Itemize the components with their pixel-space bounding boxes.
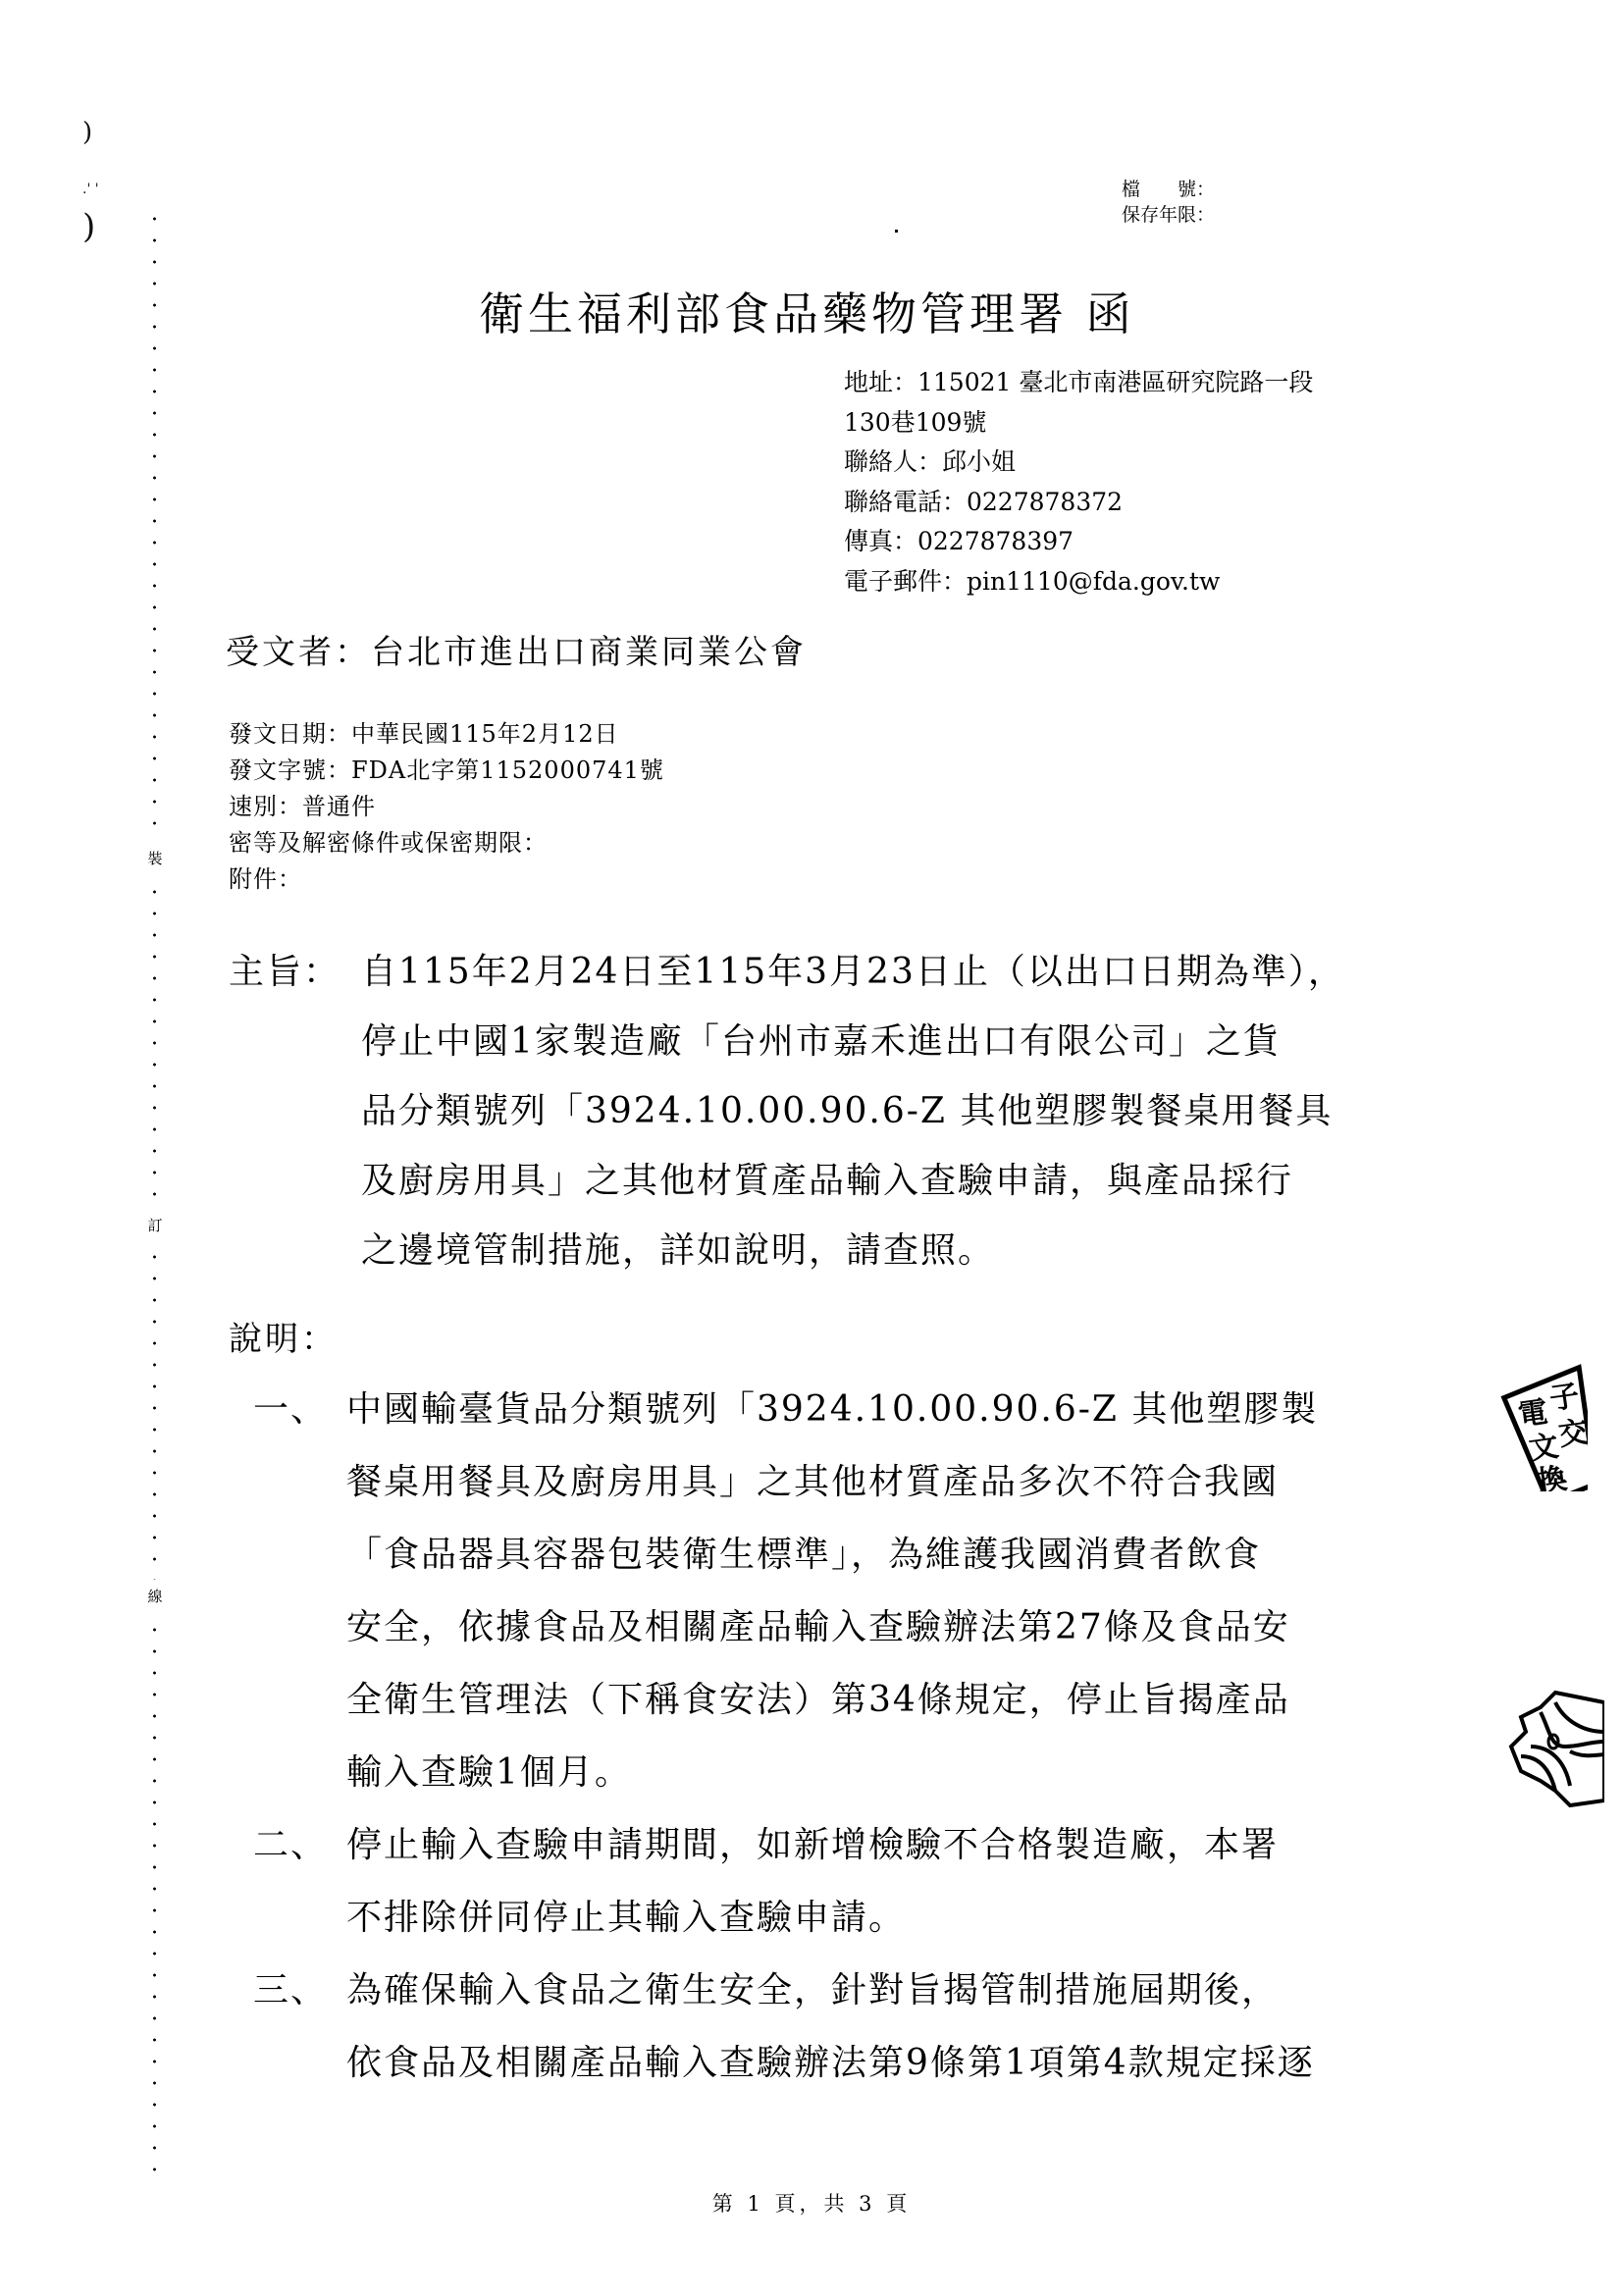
page-indicator: 第 1 頁，共 3 頁 bbox=[0, 2188, 1623, 2218]
binding-mark-ding: 訂 bbox=[145, 1217, 165, 1234]
document-title: 衛生福利部食品藥物管理署 函 bbox=[479, 285, 1135, 343]
subject-line: 及廚房用具」之其他材質產品輸入查驗申請，與產品採行 bbox=[361, 1146, 1623, 1216]
binding-dotted-line bbox=[153, 208, 156, 836]
item-line: 依食品及相關產品輸入查驗辦法第9條第1項第4款規定採逐 bbox=[346, 2027, 1524, 2100]
scan-artifact-mark: .' ' bbox=[82, 177, 99, 202]
subject-line: 之邊境管制措施，詳如說明，請查照。 bbox=[361, 1216, 1623, 1285]
explanation-item-3: 三、 為確保輸入食品之衛生安全，針對旨揭管制措施屆期後， 依食品及相關產品輸入查… bbox=[253, 1955, 1524, 2100]
subject-label: 主旨： bbox=[229, 937, 356, 1007]
binding-dotted-line bbox=[153, 1246, 156, 1580]
electronic-document-stamp: 電 子 文 交 換 bbox=[1480, 1354, 1588, 1491]
item-number: 一、 bbox=[253, 1374, 346, 1446]
document-meta: 發文日期：中華民國115年2月12日 發文字號：FDA北字第1152000741… bbox=[229, 716, 664, 898]
subject-line: 品分類號列「3924.10.00.90.6-Z 其他塑膠製餐桌用餐具 bbox=[361, 1076, 1623, 1146]
svg-text:電: 電 bbox=[1516, 1395, 1550, 1434]
item-line: 輸入查驗1個月。 bbox=[346, 1737, 1524, 1809]
contact-email: 電子郵件：pin1110@fda.gov.tw bbox=[844, 562, 1313, 602]
binding-dotted-line bbox=[153, 1619, 156, 2183]
explanation-item-1: 一、 中國輸臺貨品分類號列「3924.10.00.90.6-Z 其他塑膠製 餐桌… bbox=[253, 1374, 1524, 1809]
binding-dotted-line bbox=[153, 881, 156, 1205]
svg-text:換: 換 bbox=[1536, 1462, 1570, 1491]
item-line: 中國輸臺貨品分類號列「3924.10.00.90.6-Z 其他塑膠製 bbox=[346, 1374, 1524, 1446]
item-body: 為確保輸入食品之衛生安全，針對旨揭管制措施屆期後， 依食品及相關產品輸入查驗辦法… bbox=[346, 1955, 1524, 2100]
scan-artifact-mark: ) bbox=[82, 214, 95, 239]
explanation-label: 說明： bbox=[229, 1315, 338, 1364]
seal-emblem-icon bbox=[1496, 1688, 1604, 1815]
explanation-items: 一、 中國輸臺貨品分類號列「3924.10.00.90.6-Z 其他塑膠製 餐桌… bbox=[253, 1374, 1524, 2100]
binding-mark-xian: 線 bbox=[145, 1588, 165, 1605]
contact-person: 聯絡人：邱小姐 bbox=[844, 443, 1313, 483]
file-number-label: 檔 號： bbox=[1122, 177, 1215, 202]
item-line: 餐桌用餐具及廚房用具」之其他材質產品多次不符合我國 bbox=[346, 1446, 1524, 1519]
document-number: 發文字號：FDA北字第1152000741號 bbox=[229, 753, 664, 789]
item-line: 「食品器具容器包裝衛生標準」，為維護我國消費者飲食 bbox=[346, 1519, 1524, 1592]
address-line-1: 地址：115021 臺北市南港區研究院路一段 bbox=[844, 363, 1313, 403]
subject-line: 自115年2月24日至115年3月23日止（以出口日期為準）， bbox=[361, 937, 1623, 1007]
binding-mark-zhuang: 裝 bbox=[145, 850, 165, 867]
subject-line: 停止中國1家製造廠「台州市嘉禾進出口有限公司」之貨 bbox=[361, 1007, 1623, 1076]
svg-text:文: 文 bbox=[1527, 1430, 1561, 1468]
item-body: 中國輸臺貨品分類號列「3924.10.00.90.6-Z 其他塑膠製 餐桌用餐具… bbox=[346, 1374, 1524, 1809]
subject-text: 自115年2月24日至115年3月23日止（以出口日期為準）， 停止中國1家製造… bbox=[361, 937, 1623, 1285]
stamp-seal-icon: 電 子 文 交 換 bbox=[1480, 1354, 1588, 1491]
delivery-speed: 速別：普通件 bbox=[229, 789, 664, 825]
svg-text:子: 子 bbox=[1547, 1379, 1582, 1417]
confidentiality: 密等及解密條件或保密期限： bbox=[229, 825, 664, 861]
item-line: 不排除併同停止其輸入查驗申請。 bbox=[346, 1882, 1524, 1955]
item-body: 停止輸入查驗申請期間，如新增檢驗不合格製造廠，本署 不排除併同停止其輸入查驗申請… bbox=[346, 1809, 1524, 1955]
recipient: 受文者：台北市進出口商業同業公會 bbox=[226, 628, 807, 677]
contact-phone: 聯絡電話：0227878372 bbox=[844, 483, 1313, 523]
item-line: 全衛生管理法（下稱食安法）第34條規定，停止旨揭產品 bbox=[346, 1664, 1524, 1737]
item-number: 二、 bbox=[253, 1809, 346, 1882]
issue-date: 發文日期：中華民國115年2月12日 bbox=[229, 716, 664, 753]
attachments: 附件： bbox=[229, 861, 664, 898]
retention-period-label: 保存年限： bbox=[1122, 202, 1215, 228]
explanation-item-2: 二、 停止輸入查驗申請期間，如新增檢驗不合格製造廠，本署 不排除併同停止其輸入查… bbox=[253, 1809, 1524, 1955]
item-number: 三、 bbox=[253, 1955, 346, 2027]
seal-emblem bbox=[1496, 1688, 1604, 1815]
item-line: 安全，依據食品及相關產品輸入查驗辦法第27條及食品安 bbox=[346, 1592, 1524, 1664]
item-line: 為確保輸入食品之衛生安全，針對旨揭管制措施屆期後， bbox=[346, 1955, 1524, 2027]
scan-dot bbox=[895, 230, 898, 233]
item-line: 停止輸入查驗申請期間，如新增檢驗不合格製造廠，本署 bbox=[346, 1809, 1524, 1882]
file-meta: 檔 號： 保存年限： bbox=[1122, 177, 1215, 228]
contact-block: 地址：115021 臺北市南港區研究院路一段 130巷109號 聯絡人：邱小姐 … bbox=[844, 363, 1313, 601]
contact-fax: 傳真：0227878397 bbox=[844, 522, 1313, 562]
address-line-2: 130巷109號 bbox=[844, 403, 1313, 444]
scan-artifact-mark: ) bbox=[82, 120, 92, 145]
svg-text:交: 交 bbox=[1556, 1415, 1588, 1453]
